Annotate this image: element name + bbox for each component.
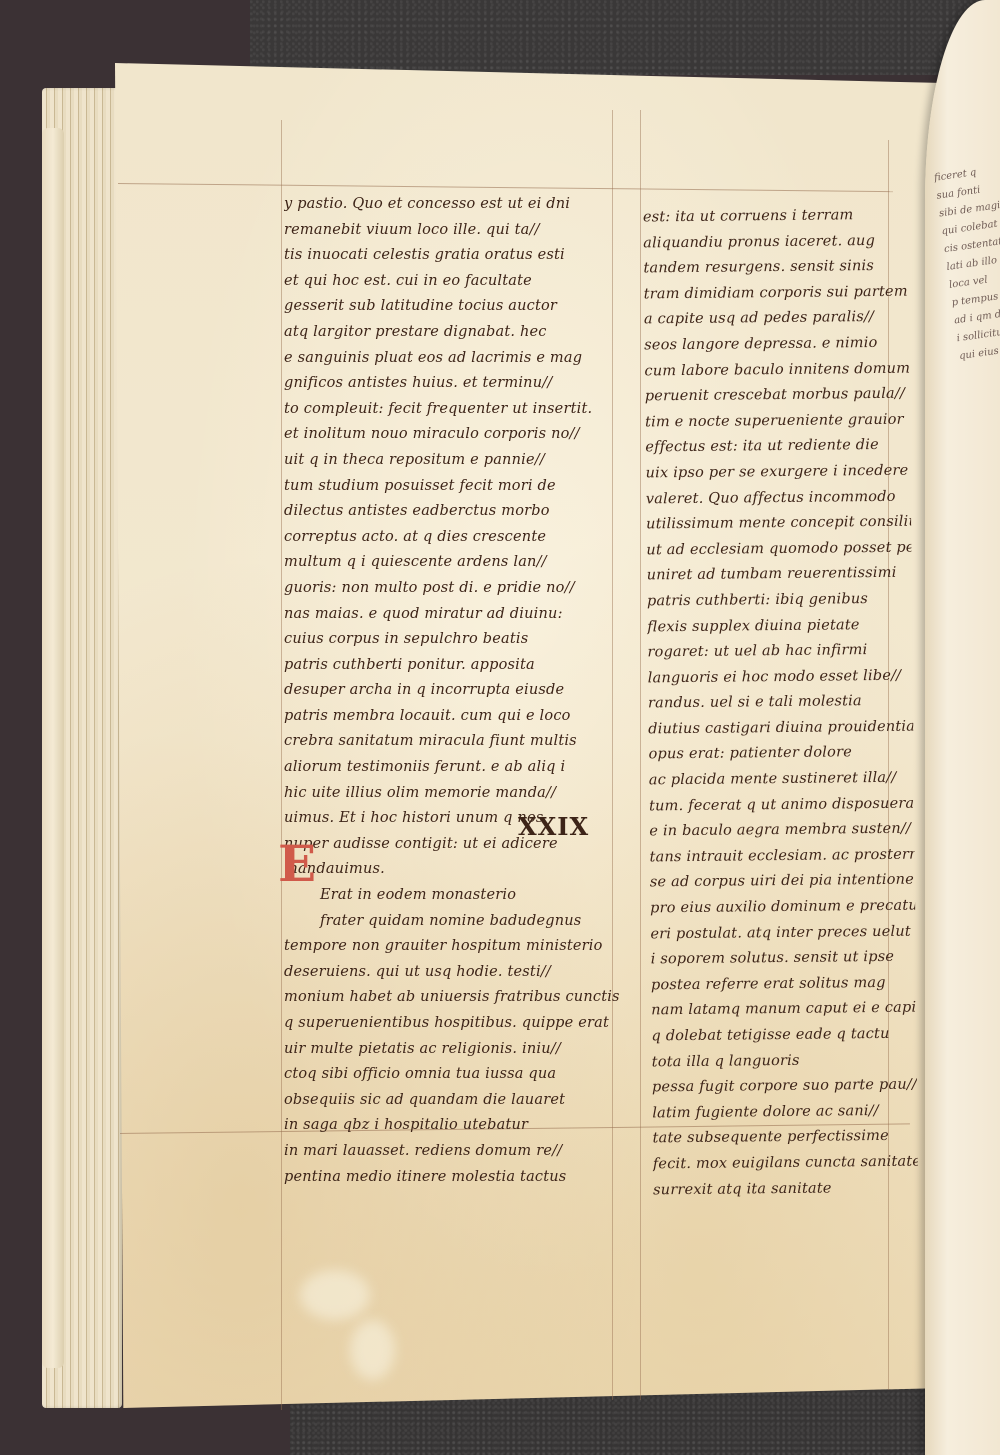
red-initial-letter: E [278,840,316,888]
text-line: desuper archa in q incorrupta eiusde [284,678,624,704]
text-line: gesserit sub latitudine tocius auctor [284,294,624,320]
text-line: nas maias. e quod miratur ad diuinu: [284,602,624,628]
chapter-number: XXIX [518,812,589,841]
text-line: tandem resurgens. sensit sinis [643,254,908,282]
text-line: tram dimidiam corporis sui partem [644,279,909,307]
text-line: gnificos antistes huius. et terminu// [284,371,624,397]
text-line: y pastio. Quo et concesso est ut ei dni [284,192,624,218]
text-line: peruenit crescebat morbus paula// [645,382,910,410]
text-line: mandauimus. [284,857,624,883]
text-line: in mari lauasset. rediens domum re// [284,1139,624,1165]
text-line: postea referre erat solitus mag [651,970,916,998]
text-line: et inolitum nouo miraculo corporis no// [284,422,624,448]
text-line: crebra sanitatum miracula fiunt multis [284,729,624,755]
text-line: valeret. Quo affectus incommodo [646,484,911,512]
text-line: opus erat: patienter dolore [648,740,913,768]
text-line: ac placida mente sustineret illa// [649,766,914,794]
text-line: utilissimum mente concepit consilium: [646,510,911,538]
text-line: rogaret: ut uel ab hac infirmi [647,638,912,666]
text-line: patris cuthberti: ibiq genibus [647,587,912,615]
facing-leaf: ficeret q sua fonti sibi de magis qui co… [925,0,1000,1455]
text-line: surrexit atq ita sanitate [653,1175,918,1203]
parchment-stain [300,1270,370,1320]
text-line: guoris: non multo post di. e pridie no// [284,576,624,602]
text-line: aliquandiu pronus iaceret. aug [643,228,908,256]
ruling-col-b-left [640,110,641,1400]
text-line: deseruiens. qui ut usq hodie. testi// [284,960,624,986]
text-line: tans intrauit ecclesiam. ac prosternens [649,842,914,870]
parchment-stain [350,1320,395,1380]
text-line: nam latamq manum caput ei e capite [651,996,916,1024]
text-line: frater quidam nomine badudegnus [284,909,624,935]
facing-leaf-text: ficeret q sua fonti sibi de magis qui co… [933,161,1000,366]
text-line: uit q in theca repositum e pannie// [284,448,624,474]
text-line: tum. fecerat q ut animo disposuerat. [649,791,914,819]
text-line: flexis supplex diuina pietate [647,612,912,640]
text-line: in saga qbz i hospitalio utebatur [284,1113,624,1139]
text-line: cum labore baculo innitens domum [644,356,909,384]
text-line: est: ita ut corruens i terram [643,203,908,231]
text-line: patris cuthberti ponitur. apposita [284,653,624,679]
text-line: pentina medio itinere molestia tactus [284,1165,624,1191]
ruling-col-a-left [281,120,282,1410]
text-line: effectus est: ita ut rediente die [645,433,910,461]
text-line: languoris ei hoc modo esset libe// [648,663,913,691]
text-line: q dolebat tetigisse eade q tactu [651,1022,916,1050]
text-line: q superuenientibus hospitibus. quippe er… [284,1011,624,1037]
text-line: ut ad ecclesiam quomodo posset peruenire… [646,535,911,563]
text-line: obsequiis sic ad quandam die lauaret [284,1088,624,1114]
rubric-heading: Erat in eodem monasterio [284,883,624,909]
text-line: diutius castigari diuina prouidentia [648,714,913,742]
text-line: tum studium posuisset fecit mori de [284,474,624,500]
text-line: randus. uel si e tali molestia [648,689,913,717]
text-line: uir multe pietatis ac religionis. iniu// [284,1037,624,1063]
text-line: pessa fugit corpore suo parte pau// [652,1073,917,1101]
text-line: atq largitor prestare dignabat. hec [284,320,624,346]
text-line: et qui hoc est. cui in eo facultate [284,269,624,295]
text-line: monium habet ab uniuersis fratribus cunc… [284,985,624,1011]
text-line: tota illa q languoris [652,1047,917,1075]
text-line: correptus acto. at q dies crescente [284,525,624,551]
text-column-a: y pastio. Quo et concesso est ut ei dni … [284,192,624,1190]
text-line: tim e nocte superueniente grauior [645,407,910,435]
text-line: dilectus antistes eadberctus morbo [284,499,624,525]
text-line: seos langore depressa. e nimio [644,331,909,359]
text-line: fecit. mox euigilans cuncta sanitate [653,1150,918,1178]
foam-support-top [250,0,1000,75]
text-line: uniret ad tumbam reuerentissimi [647,561,912,589]
text-line: se ad corpus uiri dei pia intentione [650,868,915,896]
text-line: cuius corpus in sepulchro beatis [284,627,624,653]
text-line: aliorum testimoniis ferunt. e ab aliq i [284,755,624,781]
text-line: tate subsequente perfectissime [652,1124,917,1152]
text-line: tempore non grauiter hospitum ministerio [284,934,624,960]
text-line: uix ipso per se exurgere i incedere [645,459,910,487]
text-line: e sanguinis pluat eos ad lacrimis e mag [284,346,624,372]
text-line: ctoq sibi officio omnia tua iussa qua [284,1062,624,1088]
text-line: i soporem solutus. sensit ut ipse [651,945,916,973]
text-line: multum q i quiescente ardens lan// [284,550,624,576]
text-line: a capite usq ad pedes paralis// [644,305,909,333]
text-line: latim fugiente dolore ac sani// [652,1098,917,1126]
text-line: to compleuit: fecit frequenter ut insert… [284,397,624,423]
text-line: patris membra locauit. cum qui e loco [284,704,624,730]
text-line: hic uite illius olim memorie manda// [284,781,624,807]
text-line: remanebit viuum loco ille. qui ta// [284,218,624,244]
text-line: pro eius auxilio dominum e precatus fi// [650,894,915,922]
text-line: e in baculo aegra membra susten// [649,817,914,845]
text-line: eri postulat. atq inter preces uelut [650,919,915,947]
text-column-b: est: ita ut corruens i terram aliquandiu… [643,203,918,1204]
page-stack-edges [42,88,122,1408]
text-line: tis inuocati celestis gratia oratus esti [284,243,624,269]
